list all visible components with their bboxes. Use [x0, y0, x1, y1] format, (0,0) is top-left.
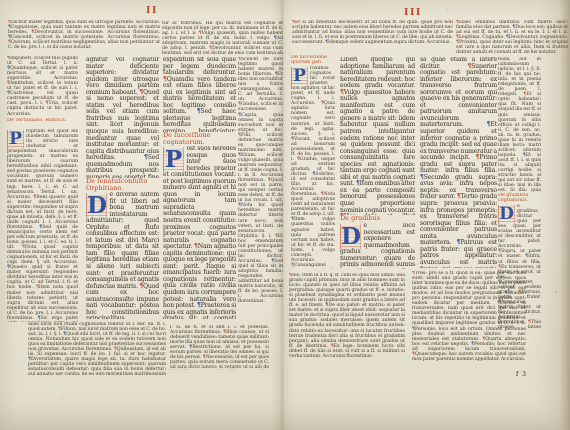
- illuminated-initial-d: D: [86, 193, 107, 218]
- main-text-successione: Post suos heredes eosque quos inter suos…: [163, 146, 236, 319]
- margin-gloss-right: ¶Scilicet de iure legitimo quod habent m…: [238, 57, 283, 315]
- rubric-orphitiano: De ſenatuſconſulto Orphitiano.: [86, 178, 159, 192]
- margin-gloss-left: ¶Impuberi, scilicet filio pupillo ut C. …: [7, 56, 78, 322]
- main-text-tertulliano: agnitur vel cognatur mater deficiente su…: [86, 57, 159, 178]
- bottom-gloss-left: alias iurat non etiam cognationis tollit…: [28, 322, 166, 375]
- top-gloss-right: ¶Haec omnibus dantibus cum matre uxor: f…: [456, 20, 568, 53]
- rubric-successione-cognatorum: De ſucceſſione cognatorum.: [163, 132, 236, 146]
- main-column-c: Liberi quoque qui adoptione familiarum a…: [340, 57, 415, 269]
- margin-gloss-left: De ſucceſſione quorum gen. Proximos cogn…: [291, 55, 335, 268]
- page-edge-shadow: [559, 0, 570, 430]
- illuminated-initial-d: D: [498, 205, 515, 224]
- main-column-a: agnitur vel cognatur mater deficiente su…: [86, 57, 159, 319]
- gloss-rubric-gradibus: De gradibus cognationis.: [498, 193, 541, 204]
- gloss-body-text: roprium est quod lex duodecim tabularum …: [7, 129, 78, 322]
- margin-gloss-text: Proprium est quod lex duodecim tabularum…: [7, 129, 78, 322]
- main-text-gradibus: De loco necessarium est exponere quemadm…: [340, 223, 415, 269]
- rubric-gradibus-cognationum: De gradibus cognationum.: [340, 215, 415, 223]
- main-text-continuation: expeditum sit sola quae per legem duodec…: [163, 57, 236, 132]
- margin-gloss-text: ¶Impuberi, scilicet filio pupillo ut C. …: [7, 56, 78, 118]
- illuminated-initial-p: P: [163, 147, 184, 172]
- gloss-body-text: roximos cognatos hic vocat praetor, non …: [291, 66, 335, 268]
- main-column-b: expeditum sit sola quae per legem duodec…: [163, 57, 236, 319]
- top-gloss-right: tur ac fratribus. Hii qui matris est cog…: [162, 21, 283, 54]
- main-text-cognatorum: Liberi quoque qui adoptione familiarum a…: [340, 57, 415, 215]
- book-spread-photo: II ¶Dicitur mater legitima, quia sunt ex…: [0, 0, 570, 430]
- gloss-rubric-tertulliano: De Tertulliano. Rubrica.: [7, 118, 78, 129]
- bottom-gloss-right: ¶Tres: pro se a ff. quod si ea: quae per…: [412, 271, 526, 374]
- margin-gloss-text: Proximos cognatos hic vocat praetor, non…: [291, 66, 335, 268]
- illuminated-initial-d: D: [340, 224, 361, 249]
- illuminated-initial-p: P: [291, 67, 308, 86]
- quire-signature: f 3: [516, 372, 527, 378]
- bottom-gloss-left: ¶Illo. Item id a ff. q. ff. cum eo quis …: [289, 273, 405, 376]
- main-column-d: sa quae etiam a latere dicitur. ¶Superio…: [420, 57, 497, 268]
- margin-gloss-text: nulla aut in calumniosum iudicio, ut l. …: [498, 57, 541, 193]
- main-text-orphitiano: De diverso autem fit ut liberi ad bona m…: [86, 192, 159, 319]
- folio-number-right: III: [404, 8, 422, 18]
- gloss-rubric-successione: De ſucceſſione quorum gen.: [291, 55, 335, 66]
- folio-number-left: II: [146, 6, 158, 16]
- illuminated-initial-p: P: [7, 130, 24, 149]
- top-gloss-left: ¶Et si ab intestato decesserit ut ad bon…: [292, 20, 453, 54]
- bottom-gloss-right: l. si. de fi. et si sint l. i. et potest…: [170, 325, 269, 370]
- top-gloss-left: ¶Dicitur mater legitima, quia sunt ex ut…: [8, 20, 160, 54]
- main-body-text: ost suos heredes eosque quos inter suos …: [163, 146, 236, 319]
